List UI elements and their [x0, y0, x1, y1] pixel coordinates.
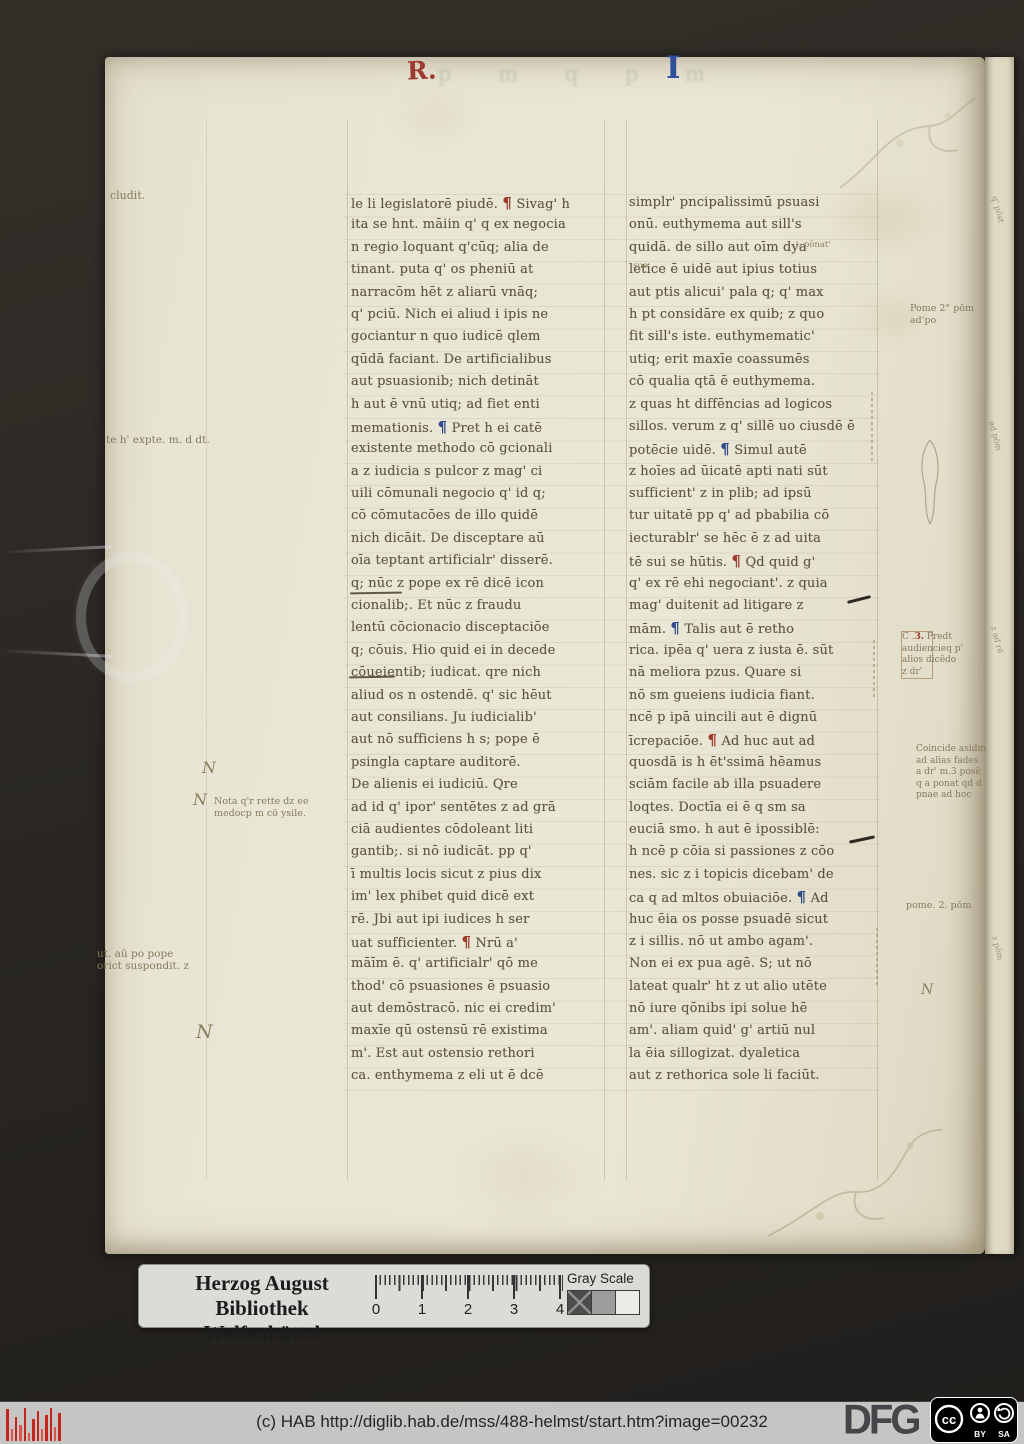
- by-icon: [971, 1404, 989, 1422]
- nota-mark: N: [196, 1024, 213, 1040]
- margin-note: cludit.: [110, 190, 145, 202]
- column-rule-line: [877, 120, 878, 1180]
- margin-squiggle: [876, 928, 878, 988]
- interlinear-gloss: sue: [633, 261, 648, 271]
- gray-swatch-light: [616, 1290, 640, 1315]
- gray-swatch-mid: [592, 1290, 616, 1315]
- margin-note: Pome 2° pōmad'po: [910, 303, 974, 327]
- nota-mark: N: [202, 760, 216, 776]
- nota-mark: N: [921, 982, 933, 998]
- gray-scale-label: Gray Scale: [567, 1271, 645, 1286]
- library-name-line2: Wolfenbüttel: [147, 1321, 377, 1346]
- centimeter-ruler: 0 1 2 3 4: [375, 1275, 567, 1321]
- margin-note: pome. 2. pōm: [906, 900, 971, 912]
- sa-label: SA: [998, 1429, 1010, 1439]
- cc-by-sa-icons: cc BY SA: [931, 1398, 1017, 1442]
- interlinear-gloss: .i. pōnat': [793, 240, 831, 250]
- column-rule-line: [626, 120, 627, 1180]
- red-initial: R.: [407, 55, 437, 85]
- margin-doodle: [912, 436, 948, 528]
- margin-note: C .3. Predtaudiencieq p'alios dicēdoz dr…: [902, 632, 963, 678]
- gray-swatch-dark: [567, 1290, 592, 1315]
- margin-squiggle: [873, 640, 875, 698]
- gray-scale: Gray Scale: [567, 1271, 645, 1315]
- margin-note: ut. aū po popeorict suspondit. z: [97, 948, 189, 972]
- ruler-number: 2: [460, 1301, 476, 1318]
- gray-scale-swatches: [567, 1290, 645, 1315]
- digitized-manuscript-photo: p m q p m R. I le li legislatorē piudē. …: [0, 0, 1024, 1444]
- ruler-ticks: [375, 1275, 563, 1299]
- margin-note: Nota q'r rette dz eemedocp m cō ysile.: [214, 796, 309, 820]
- dfg-logo: DFG: [843, 1397, 918, 1444]
- scale-bar: Herzog August Bibliothek Wolfenbüttel 0 …: [138, 1264, 650, 1328]
- plastic-page-clip: [76, 552, 188, 682]
- ruler-number: 0: [368, 1301, 384, 1318]
- library-name: Herzog August Bibliothek Wolfenbüttel: [147, 1271, 377, 1346]
- foliage-showthrough: [830, 88, 980, 198]
- margin-squiggle: [871, 392, 873, 464]
- margin-note: Coincide asidmad alias fadesa dr' m.3 po…: [916, 744, 986, 802]
- cc-license-badge: cc BY SA: [930, 1397, 1018, 1443]
- library-name-line1: Herzog August Bibliothek: [147, 1271, 377, 1321]
- by-label: BY: [974, 1429, 986, 1439]
- column-rule-line: [604, 120, 605, 1180]
- showthrough-text: p m q p m: [438, 62, 725, 86]
- column-rule-line: [347, 120, 348, 1180]
- nota-mark: N: [193, 792, 207, 808]
- text-column-right: simplr' pncipalissimū psuasionū. euthyme…: [629, 192, 855, 1088]
- ruler-number: 1: [414, 1301, 430, 1318]
- clip-strap: [0, 545, 112, 554]
- ruler-number: 3: [506, 1301, 522, 1318]
- foliage-flourish: [760, 1118, 950, 1248]
- ruler-number: 4: [552, 1301, 568, 1318]
- margin-note: te h' expte. m. d dt.: [106, 434, 210, 446]
- svg-text:cc: cc: [942, 1412, 956, 1427]
- blue-initial: I: [666, 50, 681, 86]
- next-folio-edge: [985, 57, 1014, 1254]
- text-column-left: le li legislatorē piudē. ¶ Sivag' hita s…: [351, 192, 570, 1088]
